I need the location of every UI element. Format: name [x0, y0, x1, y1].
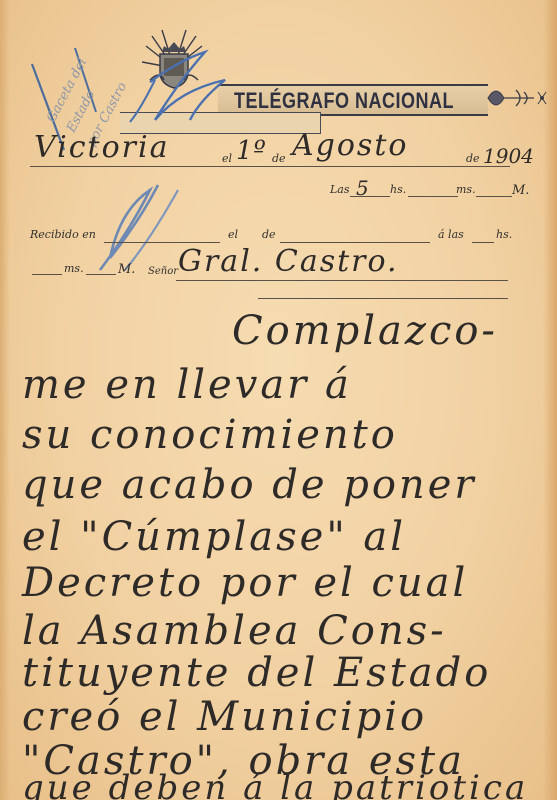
senor-label: Señor [148, 266, 178, 277]
recipient-address-rule [258, 298, 508, 299]
body-line-3: su conocimiento [22, 412, 398, 458]
year-value: 1904 [483, 144, 534, 168]
received-ms-label: ms. [64, 262, 84, 275]
month-prefix-label: de [272, 152, 286, 165]
received-meridian-rule [86, 274, 116, 275]
body-line-6: Decreto por el cual [22, 560, 468, 606]
paper-edge-left [0, 0, 10, 800]
hs-label: hs. [390, 183, 406, 196]
las-label: Las [330, 183, 350, 196]
received-month-rule [280, 242, 430, 243]
received-de-label: de [262, 228, 276, 241]
place-value: Victoria [34, 130, 169, 165]
received-a-las-label: á las [438, 228, 464, 241]
day-value: 1º [236, 136, 267, 166]
body-line-9: creó el Municipio [22, 694, 427, 740]
received-m-label: M. [118, 262, 135, 277]
flourish-ornament-icon [486, 82, 556, 114]
day-prefix-label: el [222, 152, 232, 165]
letterhead-title: TELÉGRAFO NACIONAL [234, 88, 454, 114]
body-line-1: Complazco- [232, 308, 498, 354]
month-value: Agosto [292, 128, 408, 163]
meridian-rule [476, 196, 512, 197]
received-place-rule [104, 242, 220, 243]
hours-value: 5 [356, 176, 369, 200]
recipient-name: Gral. Castro. [178, 244, 399, 279]
minutes-rule [408, 196, 458, 197]
received-el-label: el [228, 228, 238, 241]
paper-edge-right [543, 0, 557, 800]
recipient-rule [176, 280, 508, 281]
body-line-7: la Asamblea Cons- [22, 608, 447, 654]
received-hs-label: hs. [496, 228, 512, 241]
body-line-11: que deben á la patriotica [22, 768, 528, 800]
body-line-4: que acabo de poner [22, 462, 477, 508]
recibido-en-label: Recibido en [30, 228, 96, 241]
body-line-5: el "Cúmplase" al [22, 514, 406, 560]
date-line-rule [30, 166, 510, 167]
m-label: M. [512, 183, 529, 198]
body-line-8: tituyente del Estado [22, 650, 491, 696]
received-hour-rule [472, 242, 494, 243]
body-line-2: me en llevar á [22, 362, 352, 408]
received-minutes-rule [32, 274, 62, 275]
year-prefix-label: de [466, 152, 480, 165]
ms-label: ms. [456, 183, 476, 196]
